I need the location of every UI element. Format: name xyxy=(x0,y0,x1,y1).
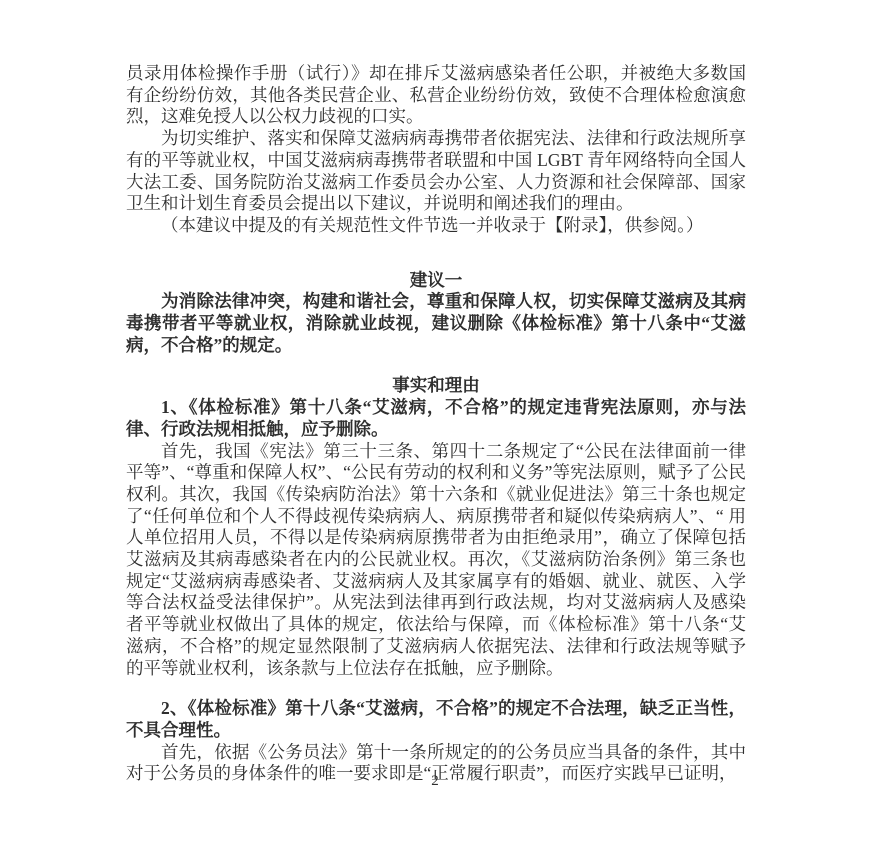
paragraph: 为消除法律冲突，构建和谐社会，尊重和保障人权，切实保障艾滋病及其病毒携带者平等就… xyxy=(126,291,746,356)
paragraph: 1、《体检标准》第十八条“艾滋病，不合格”的规定违背宪法原则，亦与法律、行政法规… xyxy=(126,397,746,440)
document-page: 员录用体检操作手册（试行）》却在排斥艾滋病感染者任公职，并被绝大多数国有企纷纷仿… xyxy=(0,0,870,842)
paragraph: 2、《体检标准》第十八条“艾滋病，不合格”的规定不合法理，缺乏正当性，不具合理性… xyxy=(126,698,746,741)
paragraph: 首先，我国《宪法》第三十三条、第四十二条规定了“公民在法律面前一律平等”、“尊重… xyxy=(126,441,746,680)
paragraph: 员录用体检操作手册（试行）》却在排斥艾滋病感染者任公职，并被绝大多数国有企纷纷仿… xyxy=(126,63,746,128)
page-number: 2 xyxy=(0,773,870,790)
paragraph: 为切实维护、落实和保障艾滋病病毒携带者依据宪法、法律和行政法规所享有的平等就业权… xyxy=(126,128,746,215)
section-heading: 建议一 xyxy=(126,270,746,292)
section-heading: 事实和理由 xyxy=(126,375,746,397)
document-content: 员录用体检操作手册（试行）》却在排斥艾滋病感染者任公职，并被绝大多数国有企纷纷仿… xyxy=(126,63,746,785)
paragraph: （本建议中提及的有关规范性文件节选一并收录于【附录】，供参阅。） xyxy=(126,215,746,237)
